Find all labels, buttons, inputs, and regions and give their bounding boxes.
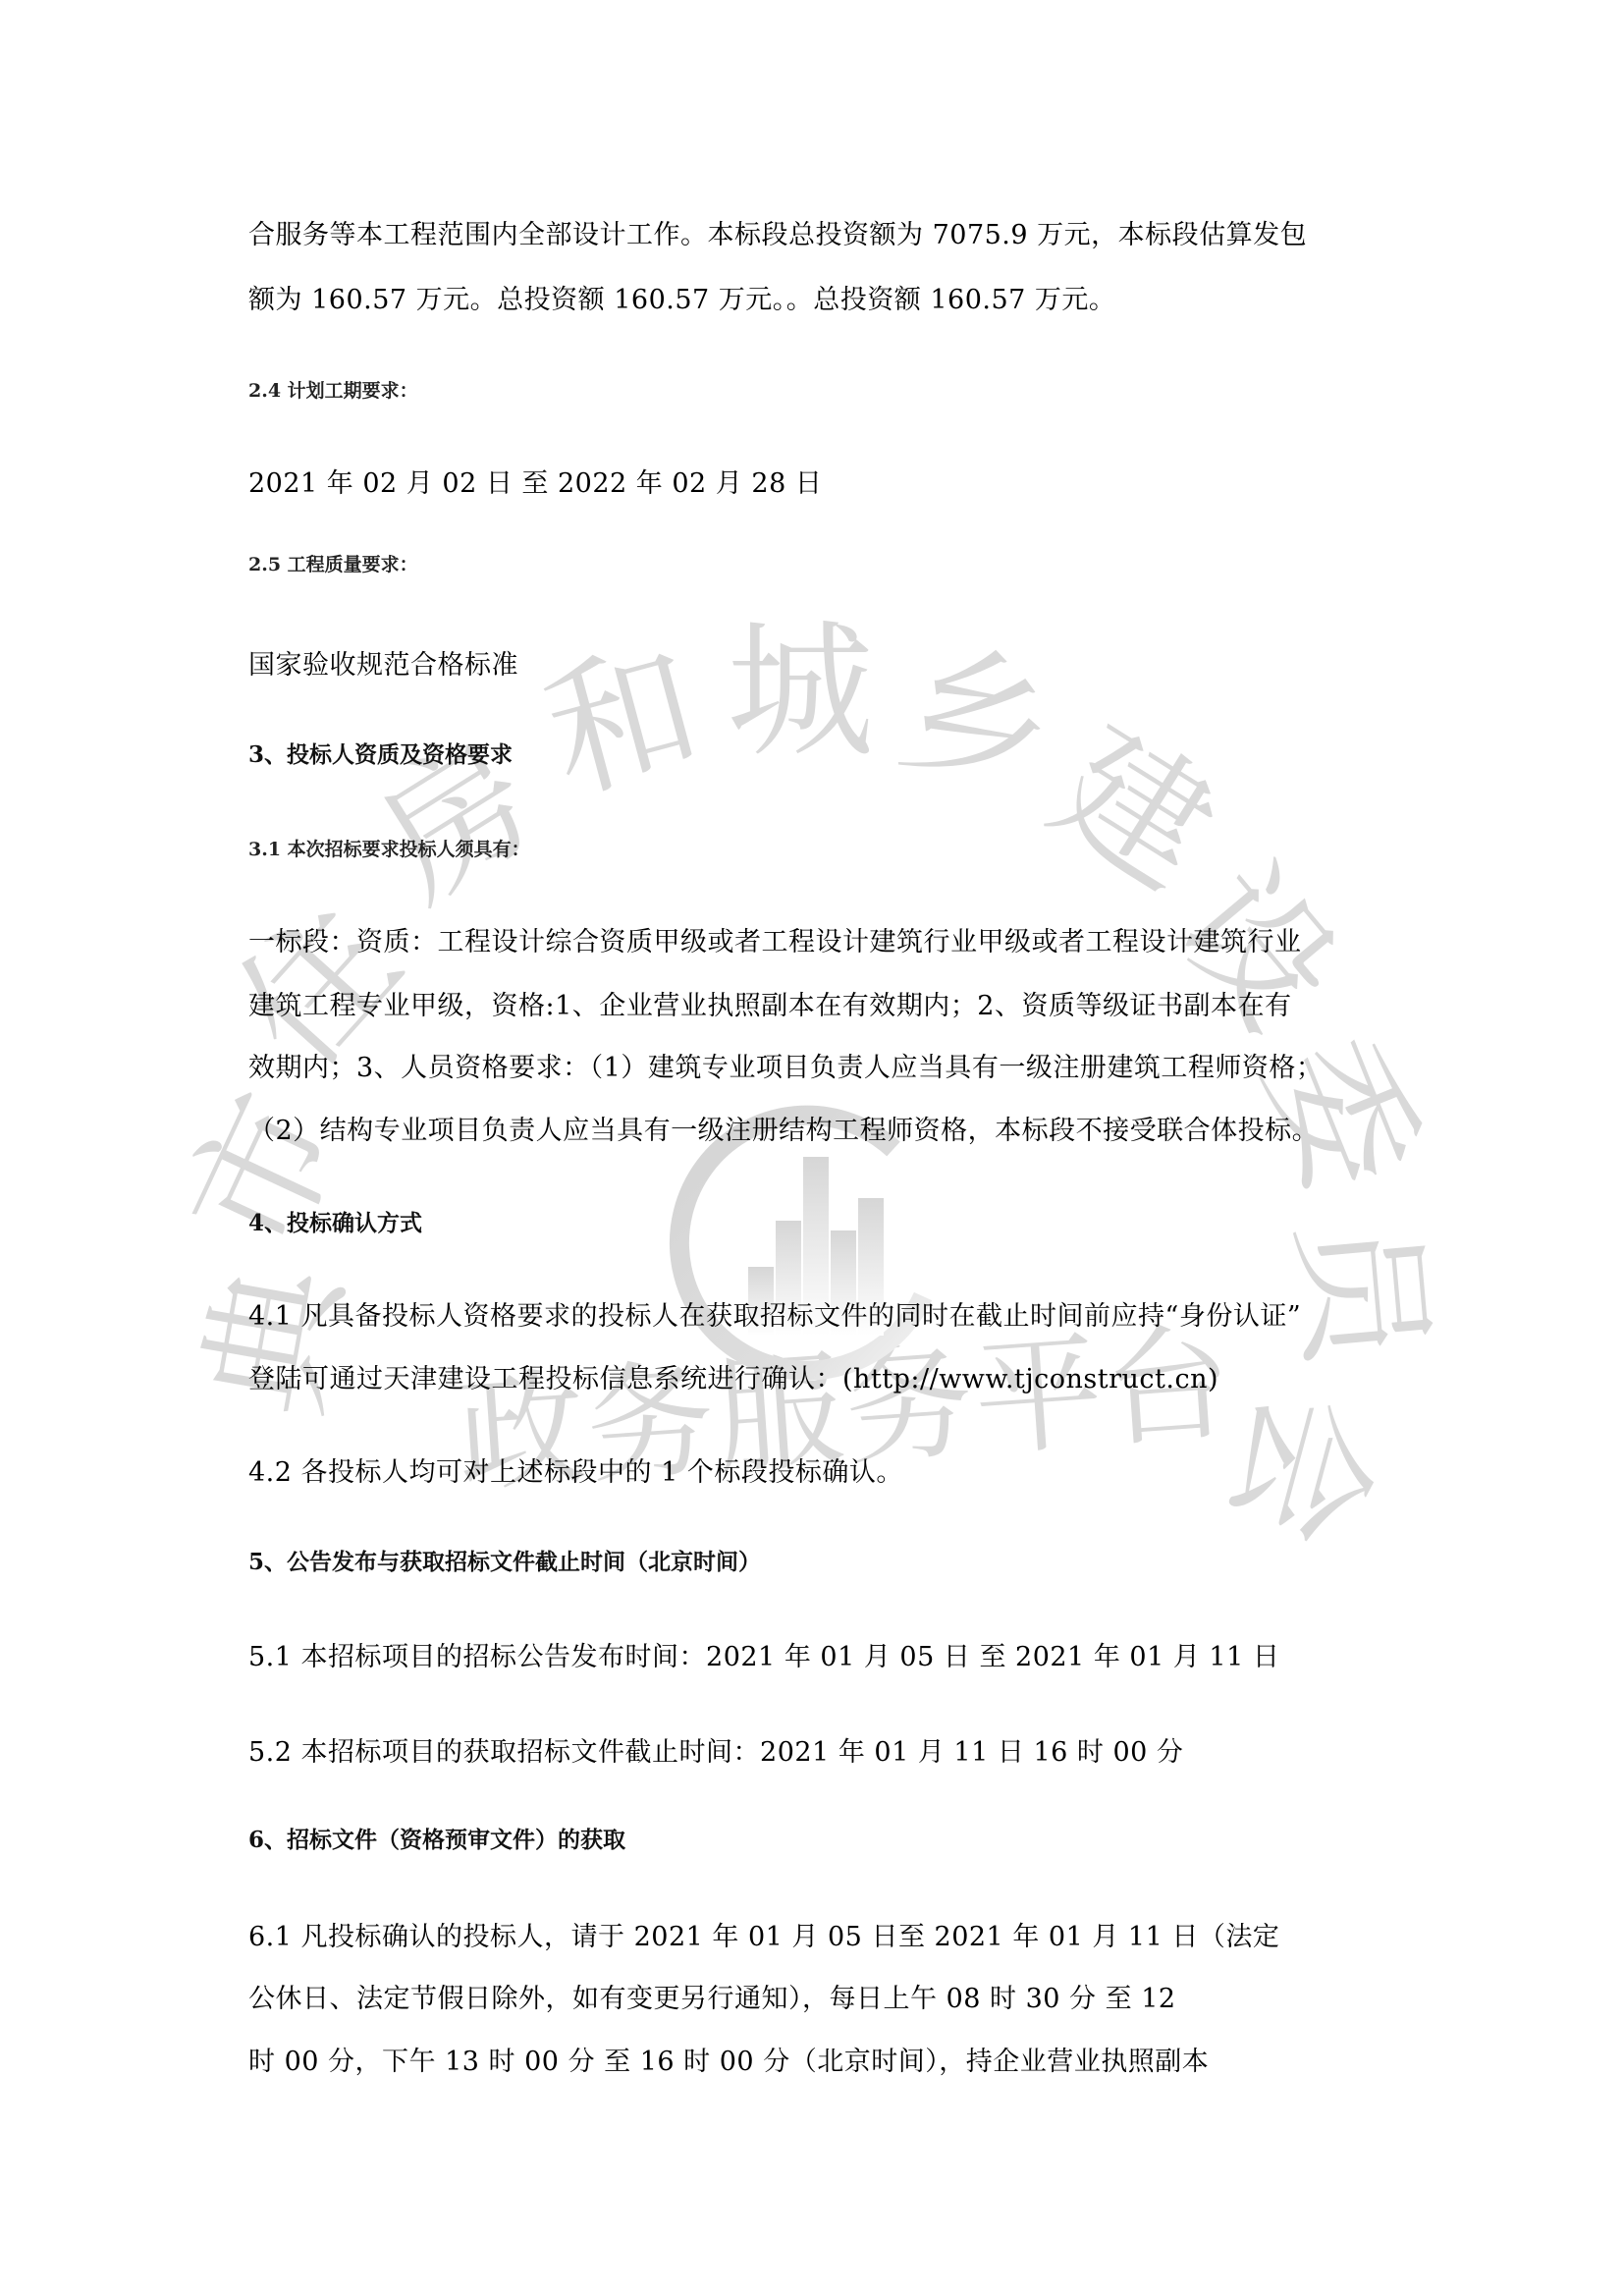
paragraph-qualification-line-1: 一标段：资质：工程设计综合资质甲级或者工程设计建筑行业甲级或者工程设计建筑行业: [248, 920, 1302, 958]
paragraph-quality: 国家验收规范合格标准: [248, 643, 518, 682]
section-heading-3: 3、投标人资质及资格要求: [248, 737, 513, 769]
watermark-char: 乡: [887, 631, 1067, 812]
section-heading-5: 5、公告发布与获取招标文件截止时间（北京时间）: [248, 1544, 761, 1576]
document-page: 典 市 住 房 和 城 乡 建 设 委 员 会 政务服务平台: [0, 0, 1623, 2296]
paragraph-5-1: 5.1 本招标项目的招标公告发布时间：2021 年 01 月 05 日 至 20…: [248, 1635, 1279, 1673]
paragraph-6-1-line-2: 公休日、法定节假日除外，如有变更另行通知），每日上午 08 时 30 分 至 1…: [248, 1977, 1176, 2015]
paragraph-qualification-line-3: 效期内；3、人员资格要求：（1）建筑专业项目负责人应当具有一级注册建筑工程师资格…: [248, 1046, 1323, 1084]
paragraph-qualification-line-2: 建筑工程专业甲级，资格:1、企业营业执照副本在有效期内；2、资质等级证书副本在有: [248, 984, 1291, 1022]
paragraph-4-2: 4.2 各投标人均可对上述标段中的 1 个标段投标确认。: [248, 1450, 903, 1489]
section-heading-6: 6、招标文件（资格预审文件）的获取: [248, 1822, 625, 1854]
paragraph-scope-line-1: 合服务等本工程范围内全部设计工作。本标段总投资额为 7075.9 万元，本标段估…: [248, 213, 1307, 251]
watermark-char: 员: [1280, 1212, 1440, 1372]
paragraph-4-1-line-1: 4.1 凡具备投标人资格要求的投标人在获取招标文件的同时在截止时间前应持“身份认…: [248, 1294, 1301, 1333]
paragraph-qualification-line-4: （2）结构专业项目负责人应当具有一级注册结构工程师资格，本标段不接受联合体投标。: [248, 1109, 1319, 1147]
subheading-2-4: 2.4 计划工期要求：: [248, 376, 418, 403]
paragraph-6-1-line-3: 时 00 分，下午 13 时 00 分 至 16 时 00 分（北京时间），持企…: [248, 2040, 1209, 2078]
section-heading-4: 4、投标确认方式: [248, 1205, 422, 1237]
paragraph-scope-line-2: 额为 160.57 万元。总投资额 160.57 万元。。总投资额 160.57…: [248, 278, 1115, 316]
watermark-char: 和: [533, 631, 714, 812]
subheading-2-5: 2.5 工程质量要求：: [248, 550, 418, 576]
subheading-3-1: 3.1 本次招标要求投标人须具有：: [248, 835, 530, 861]
paragraph-4-1-line-2: 登陆可通过天津建设工程投标信息系统进行确认：(http://www.tjcons…: [248, 1357, 1218, 1395]
paragraph-schedule: 2021 年 02 月 02 日 至 2022 年 02 月 28 日: [248, 462, 822, 500]
watermark-char: 城: [727, 619, 874, 766]
paragraph-5-2: 5.2 本招标项目的获取招标文件截止时间：2021 年 01 月 11 日 16…: [248, 1730, 1183, 1769]
watermark-char: 会: [1211, 1378, 1391, 1558]
paragraph-6-1-line-1: 6.1 凡投标确认的投标人，请于 2021 年 01 月 05 日至 2021 …: [248, 1915, 1279, 1953]
watermark-char: 典: [189, 1255, 360, 1426]
watermark-char: 建: [1033, 709, 1236, 912]
watermark-char: 市: [167, 1075, 362, 1271]
